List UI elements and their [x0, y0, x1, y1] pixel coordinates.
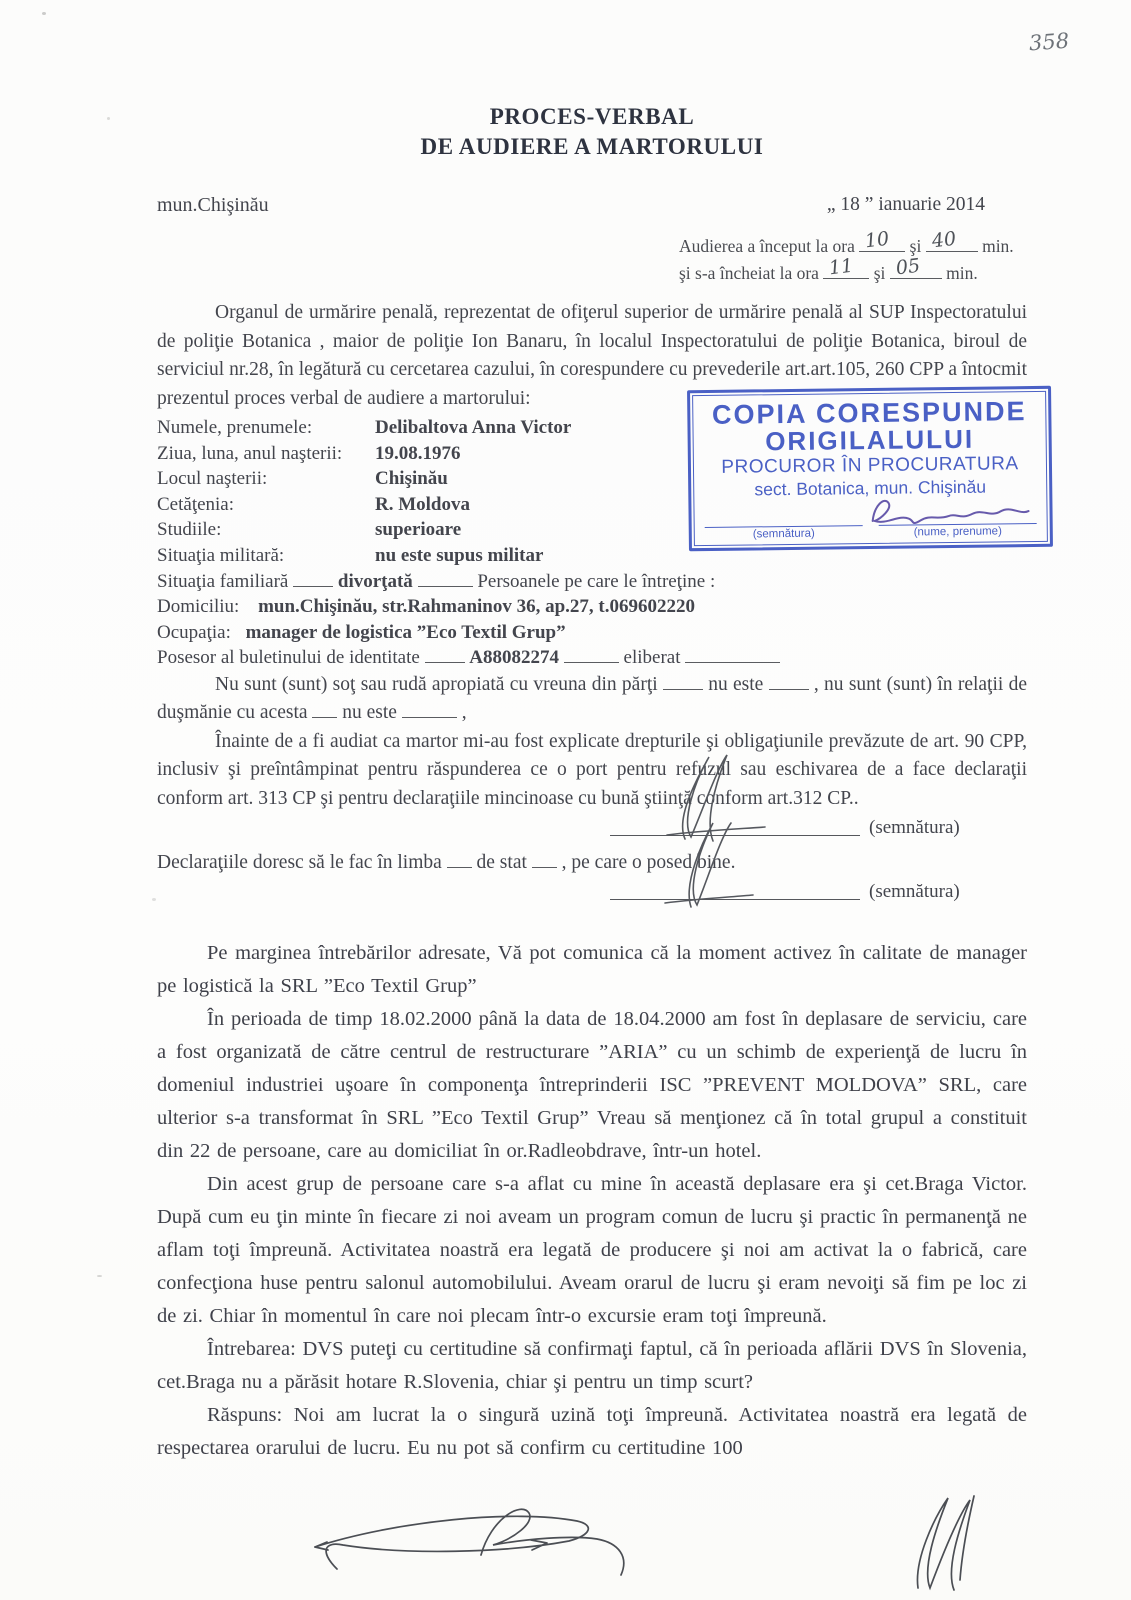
field-value: mun.Chişinău, str.Rahmaninov 36, ap.27, … — [258, 596, 695, 617]
blank-line — [769, 675, 809, 690]
field-suffix: eliberat — [624, 647, 681, 668]
field-value: nu este supus militar — [375, 545, 543, 566]
document-date: „ 18 ” ianuarie 2014 — [827, 194, 1027, 217]
blank-line — [564, 648, 619, 663]
rights-paragraph: Înainte de a fi audiat ca martor mi-au f… — [157, 728, 1027, 814]
blank-line — [685, 648, 780, 663]
hearing-times: Audierea a început la ora 10 şi 40 min. … — [679, 233, 1019, 287]
time-end-prefix: şi s-a încheiat la ora — [679, 263, 819, 283]
declaration-paragraph-3: Din acest grup de persoane care s-a afla… — [157, 1168, 1027, 1333]
blank-line: 10 — [859, 236, 905, 252]
field-row-family: Situaţia familiară divorţată Persoanele … — [157, 569, 1027, 595]
handwritten-signature — [647, 811, 757, 911]
language-text: Declaraţiile doresc să le fac în limba — [157, 852, 442, 873]
blank-line — [418, 572, 473, 587]
field-value: A88082274 — [469, 647, 559, 668]
field-value: manager de logistica ”Eco Textil Grup” — [246, 622, 566, 643]
field-label: Numele, prenumele: — [157, 415, 375, 441]
prosecutor-stamp: COPIA CORESPUNDE ORIGILALULUI PROCUROR Î… — [687, 386, 1053, 551]
time-start-suffix: min. — [982, 236, 1014, 256]
blank-line — [663, 675, 703, 690]
declaration-paragraph-2: În perioada de timp 18.02.2000 până la d… — [157, 1003, 1027, 1168]
field-label: Ziua, luna, anul naşterii: — [157, 441, 375, 467]
field-label: Ocupaţia: — [157, 622, 231, 643]
handwritten-start-hour: 10 — [864, 230, 890, 252]
language-line: Declaraţiile doresc să le fac în limba d… — [157, 849, 1027, 877]
blank-line — [312, 703, 337, 718]
field-label: Posesor al buletinului de identitate — [157, 647, 420, 668]
field-label: Situaţia familiară — [157, 571, 288, 592]
relation-fill: nu este — [342, 702, 397, 723]
scanned-document-page: 358 PROCES-VERBAL DE AUDIERE A MARTORULU… — [0, 0, 1131, 1600]
document-title: PROCES-VERBAL DE AUDIERE A MARTORULUI — [157, 0, 1027, 162]
stamp-signature-caption: (semnătura) — [705, 525, 863, 542]
field-value: Delibaltova Anna Victor — [375, 417, 571, 438]
blank-line — [402, 703, 457, 718]
signature-row-1: (semnătura) — [157, 813, 1027, 847]
declaration-paragraph-1: Pe marginea întrebărilor adresate, Vă po… — [157, 937, 1027, 1003]
field-value: 19.08.1976 — [375, 443, 461, 464]
field-row-buletin: Posesor al buletinului de identitate A88… — [157, 645, 1027, 671]
signature-caption: (semnătura) — [869, 817, 960, 839]
handwritten-signature-bottom-right — [878, 1488, 998, 1598]
title-line-1: PROCES-VERBAL — [157, 102, 1027, 132]
blank-line — [447, 853, 472, 868]
blank-line — [293, 572, 333, 587]
field-row-ocupatia: Ocupaţia: manager de logistica ”Eco Text… — [157, 620, 1027, 646]
declaration-paragraph-5: Răspuns: Noi am lucrat la o singură uzin… — [157, 1399, 1027, 1465]
stamp-handwritten-signature — [864, 489, 1034, 531]
declaration-paragraph-4: Întrebarea: DVS puteţi cu certitudine să… — [157, 1333, 1027, 1399]
handwritten-start-minute: 40 — [931, 230, 957, 252]
handwritten-signature-bottom-left — [285, 1495, 685, 1595]
time-start-conj: şi — [910, 236, 922, 256]
blank-line — [532, 853, 557, 868]
field-value: Chişinău — [375, 468, 448, 489]
relation-paragraph: Nu sunt (sunt) soţ sau rudă apropiată cu… — [157, 671, 1027, 728]
handwritten-end-hour: 11 — [828, 257, 854, 279]
signature-line — [610, 899, 860, 900]
field-value: divorţată — [338, 571, 413, 592]
city-label: mun.Chişinău — [157, 194, 269, 217]
time-end-conj: şi — [874, 263, 886, 283]
blank-line — [425, 648, 465, 663]
field-label: Domiciliu: — [157, 596, 239, 617]
field-label: Situaţia militară: — [157, 543, 375, 569]
field-row-domiciliu: Domiciliu: mun.Chişinău, str.Rahmaninov … — [157, 594, 1027, 620]
field-label: Locul naşterii: — [157, 466, 375, 492]
relation-text: Nu sunt (sunt) soţ sau rudă apropiată cu… — [215, 674, 658, 695]
signature-row-2: (semnătura) — [157, 877, 1027, 911]
time-start-prefix: Audierea a început la ora — [679, 236, 855, 256]
declaration-section: Pe marginea întrebărilor adresate, Vă po… — [157, 937, 1027, 1465]
handwritten-end-minute: 05 — [895, 257, 921, 279]
relation-fill: nu este — [708, 674, 763, 695]
stamp-line-3: PROCUROR ÎN PROCURATURA — [700, 452, 1040, 480]
blank-line: 40 — [926, 236, 978, 252]
language-fill: de stat — [477, 852, 527, 873]
field-label: Cetăţenia: — [157, 492, 375, 518]
blank-line: 05 — [890, 263, 942, 279]
stamp-line-2: ORIGILALULUI — [700, 425, 1040, 456]
time-end-suffix: min. — [946, 263, 978, 283]
field-value: superioare — [375, 519, 461, 540]
relation-text: , — [462, 702, 467, 723]
field-suffix: Persoanele pe care le întreţine : — [477, 571, 715, 592]
field-label: Studiile: — [157, 517, 375, 543]
signature-caption: (semnătura) — [869, 881, 960, 903]
title-line-2: DE AUDIERE A MARTORULUI — [157, 132, 1027, 162]
field-value: R. Moldova — [375, 494, 470, 515]
blank-line: 11 — [823, 263, 869, 279]
